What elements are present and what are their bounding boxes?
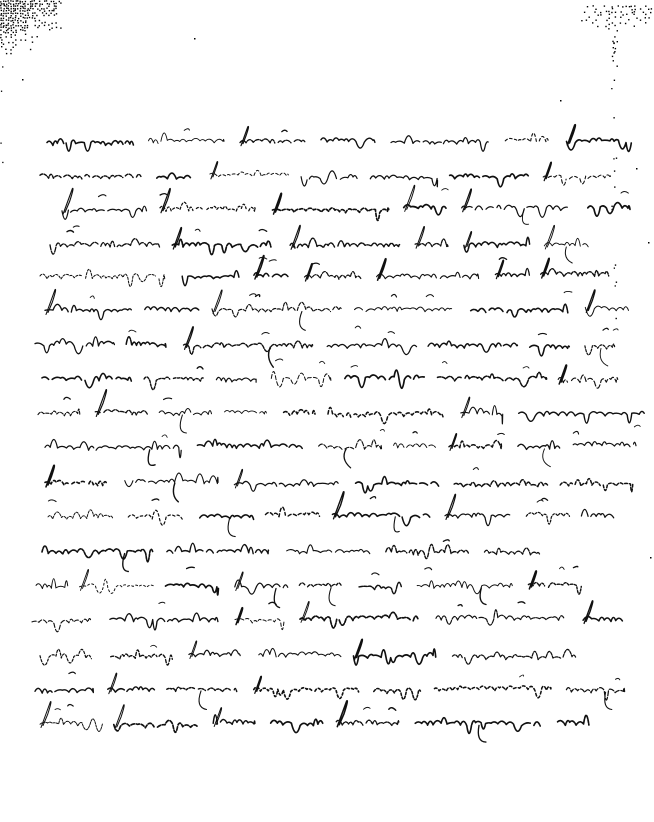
word-stroke — [377, 272, 479, 279]
word-stroke — [45, 439, 181, 457]
descender-stroke — [543, 449, 551, 467]
noise-dot — [581, 20, 582, 21]
noise-dot — [18, 25, 19, 26]
noise-dot — [611, 12, 612, 13]
noise-dot — [8, 23, 9, 24]
diacritic-mark — [320, 361, 325, 363]
noise-dot — [24, 8, 25, 9]
diacritic-mark — [499, 258, 506, 260]
noise-dot — [8, 8, 9, 9]
word-stroke — [530, 345, 570, 356]
word-stroke — [526, 512, 569, 524]
noise-dot — [8, 5, 9, 6]
noise-dot — [12, 1, 13, 2]
noise-dot — [37, 36, 38, 37]
diacritic-mark — [250, 294, 257, 296]
noise-dot — [20, 8, 21, 9]
noise-dot — [11, 15, 12, 16]
handwriting-line — [45, 289, 629, 330]
noise-dot — [4, 3, 5, 4]
noise-dot — [44, 25, 45, 26]
word-stroke — [145, 307, 199, 312]
word-stroke — [235, 618, 284, 629]
noise-dot — [634, 26, 635, 27]
noise-dot — [35, 3, 36, 4]
scan-noise-stray-dots — [22, 38, 652, 559]
noise-dot — [22, 27, 23, 28]
noise-dot — [612, 56, 613, 57]
noise-dot — [634, 11, 635, 12]
noise-dot — [15, 8, 16, 9]
noise-dot — [614, 186, 615, 187]
noise-dot — [36, 15, 37, 16]
noise-dot — [24, 17, 25, 18]
noise-dot — [39, 5, 40, 6]
diacritic-mark — [388, 332, 394, 334]
noise-dot — [13, 32, 14, 33]
word-stroke — [273, 208, 389, 221]
noise-dot — [17, 13, 18, 14]
noise-dot — [49, 10, 50, 11]
noise-dot — [608, 28, 609, 29]
noise-dot — [24, 27, 25, 28]
noise-dot — [612, 41, 613, 42]
scan-noise-top-right-cluster — [581, 5, 652, 61]
noise-dot — [56, 27, 57, 28]
noise-dot — [18, 18, 19, 19]
noise-dot — [12, 42, 13, 43]
noise-dot — [15, 34, 16, 35]
noise-dot — [37, 8, 38, 9]
noise-dot — [24, 5, 25, 6]
noise-dot — [10, 20, 11, 21]
noise-dot — [616, 158, 617, 159]
noise-dot — [0, 5, 1, 6]
scanned-letter-page — [0, 0, 654, 822]
noise-dot — [605, 26, 606, 27]
noise-dot — [48, 24, 49, 25]
noise-dot — [612, 8, 613, 9]
noise-dot — [648, 242, 650, 244]
noise-dot — [46, 8, 47, 9]
noise-dot — [53, 10, 54, 11]
noise-dot — [1, 3, 2, 4]
noise-dot — [634, 5, 635, 6]
noise-dot — [618, 5, 619, 6]
scan-noise-right-dotted-tail — [611, 66, 618, 320]
noise-dot — [8, 10, 9, 11]
diacritic-mark — [443, 540, 449, 542]
noise-dot — [42, 4, 43, 5]
word-stroke — [558, 375, 618, 388]
noise-dot — [17, 0, 18, 1]
noise-dot — [15, 30, 16, 31]
word-stroke — [254, 687, 359, 699]
word-stroke — [167, 687, 237, 692]
noise-dot — [30, 3, 31, 4]
noise-dot — [10, 25, 11, 26]
diacritic-mark — [195, 229, 200, 231]
ascender-stroke — [405, 185, 415, 211]
ascender-stroke — [236, 608, 243, 625]
noise-dot — [13, 22, 14, 23]
noise-dot — [617, 41, 618, 42]
word-stroke — [391, 136, 488, 151]
word-stroke — [359, 582, 401, 593]
noise-dot — [614, 51, 615, 52]
noise-dot — [614, 80, 615, 81]
noise-dot — [27, 4, 28, 5]
diacritic-mark — [537, 500, 543, 502]
descender-stroke — [199, 691, 206, 710]
descender-stroke — [180, 415, 186, 433]
noise-dot — [609, 24, 610, 25]
noise-dot — [20, 39, 21, 40]
word-stroke — [485, 548, 540, 555]
word-stroke — [333, 513, 430, 526]
noise-dot — [3, 31, 4, 32]
word-stroke — [166, 583, 219, 595]
word-stroke — [210, 170, 288, 177]
word-stroke — [581, 509, 613, 517]
diacritic-mark — [73, 226, 79, 227]
noise-dot — [12, 20, 13, 21]
diacritic-mark — [164, 398, 172, 399]
noise-dot — [32, 15, 33, 16]
descender-stroke — [344, 449, 351, 468]
word-stroke — [305, 272, 362, 280]
noise-dot — [612, 22, 613, 23]
word-stroke — [42, 546, 153, 562]
descender-stroke — [274, 589, 279, 608]
word-stroke — [585, 344, 615, 355]
noise-dot — [18, 3, 19, 4]
diacritic-mark — [380, 429, 384, 431]
word-stroke — [159, 408, 211, 415]
noise-dot — [44, 22, 45, 23]
noise-dot — [56, 13, 57, 14]
descender-stroke — [329, 588, 335, 606]
noise-dot — [59, 1, 60, 2]
noise-dot — [51, 23, 52, 24]
noise-dot — [15, 3, 16, 4]
noise-dot — [28, 15, 29, 16]
noise-dot — [39, 25, 40, 26]
diacritic-mark — [276, 359, 283, 361]
handwriting-line — [35, 326, 618, 367]
noise-dot — [48, 15, 49, 16]
noise-dot — [29, 10, 30, 11]
word-stroke — [356, 477, 439, 493]
word-stroke — [172, 239, 271, 254]
diacritic-mark — [370, 497, 375, 499]
noise-dot — [46, 0, 47, 1]
noise-dot — [609, 14, 610, 15]
word-stroke — [108, 687, 155, 692]
descender-stroke — [522, 210, 528, 225]
word-stroke — [464, 237, 530, 252]
word-stroke — [212, 302, 342, 317]
diacritic-mark — [259, 230, 267, 232]
word-stroke — [583, 617, 622, 622]
diacritic-mark — [372, 573, 379, 575]
diacritic-mark — [613, 329, 618, 330]
word-stroke — [436, 610, 564, 625]
noise-dot — [635, 9, 636, 10]
noise-dot — [628, 19, 629, 20]
word-stroke — [374, 688, 421, 700]
noise-dot — [598, 15, 599, 16]
noise-dot — [0, 7, 1, 8]
diacritic-mark — [129, 330, 136, 332]
word-stroke — [287, 545, 370, 554]
diacritic-mark — [151, 645, 157, 647]
ascender-stroke — [545, 225, 554, 249]
noise-dot — [24, 25, 25, 26]
noise-dot — [55, 6, 56, 7]
noise-dot — [30, 8, 31, 9]
noise-dot — [611, 88, 612, 89]
noise-dot — [50, 13, 51, 14]
noise-dot — [25, 15, 26, 16]
noise-dot — [620, 17, 621, 18]
diacritic-mark — [159, 602, 165, 603]
noise-dot — [23, 17, 24, 18]
word-stroke — [40, 718, 103, 731]
noise-dot — [41, 8, 42, 9]
diacritic-mark — [262, 333, 269, 335]
noise-dot — [25, 40, 26, 41]
word-stroke — [518, 441, 560, 450]
noise-dot — [613, 158, 614, 159]
diacritic-mark — [312, 263, 319, 264]
noise-dot — [32, 5, 33, 6]
noise-dot — [11, 8, 12, 9]
noise-dot — [621, 11, 622, 12]
handwriting-line — [45, 465, 633, 501]
noise-dot — [614, 170, 615, 171]
handwriting-line — [62, 185, 630, 224]
word-stroke — [40, 649, 91, 665]
word-stroke — [428, 341, 517, 352]
word-stroke — [454, 480, 547, 488]
diacritic-mark — [616, 678, 620, 679]
noise-dot — [593, 5, 594, 6]
word-stroke — [40, 269, 165, 286]
noise-dot — [48, 6, 49, 7]
noise-dot — [1, 91, 2, 92]
word-stroke — [197, 439, 302, 448]
noise-dot — [27, 12, 28, 13]
noise-dot — [30, 49, 31, 50]
word-stroke — [35, 337, 114, 354]
noise-dot — [8, 0, 9, 1]
noise-dot — [615, 285, 616, 286]
noise-dot — [15, 13, 16, 14]
noise-dot — [1, 46, 2, 47]
noise-dot — [597, 26, 598, 27]
diacritic-mark — [603, 328, 608, 330]
noise-dot — [651, 8, 652, 9]
noise-dot — [604, 5, 605, 6]
noise-dot — [613, 60, 614, 61]
noise-dot — [20, 10, 21, 11]
diacritic-mark — [64, 397, 70, 399]
noise-dot — [8, 20, 9, 21]
noise-dot — [0, 1, 1, 2]
noise-dot — [648, 17, 649, 18]
word-stroke — [354, 649, 436, 665]
noise-dot — [616, 282, 617, 283]
word-stroke — [144, 377, 204, 390]
word-stroke — [328, 407, 443, 423]
handwriting-line — [40, 639, 576, 665]
word-stroke — [125, 473, 218, 487]
word-stroke — [319, 440, 382, 450]
noise-dot — [32, 13, 33, 14]
noise-dot — [1, 18, 2, 19]
noise-dot — [4, 8, 5, 9]
handwriting-line — [35, 672, 625, 709]
noise-dot — [0, 20, 1, 21]
handwriting-line — [47, 125, 631, 152]
word-stroke — [259, 648, 341, 657]
ascender-stroke — [241, 126, 249, 145]
diacritic-mark — [48, 500, 56, 502]
noise-dot — [23, 7, 24, 8]
noise-dot — [0, 30, 1, 31]
diacritic-mark — [391, 294, 396, 297]
word-stroke — [438, 372, 547, 386]
noise-dot — [3, 25, 4, 26]
noise-dot — [51, 1, 52, 2]
ascender-stroke — [235, 469, 242, 488]
noise-dot — [1, 10, 2, 11]
word-stroke — [417, 581, 512, 594]
noise-dot — [53, 8, 54, 9]
descender-stroke — [600, 348, 608, 366]
noise-dot — [13, 8, 14, 9]
noise-dot — [0, 143, 1, 144]
ascender-stroke — [496, 260, 503, 278]
noise-dot — [640, 20, 641, 21]
word-stroke — [301, 171, 357, 186]
noise-dot — [3, 10, 4, 11]
noise-dot — [1, 39, 2, 40]
noise-dot — [8, 42, 9, 43]
noise-dot — [11, 30, 12, 31]
diacritic-mark — [269, 260, 276, 261]
noise-dot — [616, 318, 617, 319]
noise-dot — [20, 29, 21, 30]
noise-dot — [28, 8, 29, 9]
ascender-stroke — [161, 189, 170, 213]
descender-stroke — [565, 247, 572, 263]
word-stroke — [449, 440, 501, 448]
ascender-stroke — [109, 673, 117, 694]
noise-dot — [0, 34, 1, 35]
noise-dot — [594, 11, 595, 12]
ascender-stroke — [41, 702, 51, 728]
diacritic-mark — [634, 425, 640, 427]
noise-dot — [2, 66, 3, 67]
word-stroke — [40, 174, 141, 179]
ascender-stroke — [450, 434, 457, 451]
noise-dot — [622, 14, 623, 15]
diacritic-mark — [442, 189, 449, 191]
noise-dot — [648, 9, 649, 10]
word-stroke — [95, 410, 147, 415]
noise-dot — [622, 6, 623, 7]
handwriting-line — [38, 390, 644, 433]
noise-dot — [22, 13, 23, 14]
noise-dot — [44, 11, 45, 12]
noise-dot — [16, 32, 17, 33]
noise-dot — [614, 25, 615, 26]
word-stroke — [588, 203, 630, 217]
noise-dot — [25, 22, 26, 23]
word-stroke — [290, 238, 400, 248]
noise-dot — [636, 168, 638, 170]
diacritic-mark — [538, 333, 546, 334]
noise-dot — [37, 27, 38, 28]
noise-dot — [643, 12, 644, 13]
handwriting-line — [40, 255, 609, 286]
noise-dot — [54, 14, 55, 15]
noise-dot — [2, 20, 3, 21]
noise-dot — [20, 2, 21, 3]
noise-dot — [49, 3, 50, 4]
diacritic-mark — [69, 672, 75, 673]
noise-dot — [17, 20, 18, 21]
noise-dot — [650, 557, 652, 559]
noise-dot — [0, 37, 1, 38]
noise-dot — [613, 42, 614, 43]
noise-dot — [15, 15, 16, 16]
noise-dot — [629, 6, 630, 7]
noise-dot — [22, 10, 23, 11]
noise-dot — [606, 20, 607, 21]
ascender-stroke — [46, 289, 56, 314]
word-stroke — [266, 507, 320, 517]
descender-stroke — [394, 517, 399, 532]
noise-dot — [645, 17, 646, 18]
word-stroke — [445, 513, 510, 525]
noise-dot — [24, 11, 25, 12]
diacritic-mark — [621, 192, 628, 194]
noise-dot — [16, 0, 17, 1]
noise-dot — [8, 32, 9, 33]
noise-dot — [6, 53, 7, 54]
noise-dot — [15, 25, 16, 26]
word-stroke — [585, 306, 628, 316]
ascender-stroke — [584, 601, 593, 624]
word-stroke — [394, 443, 436, 448]
noise-dot — [8, 2, 9, 3]
noise-dot — [13, 47, 14, 48]
noise-dot — [636, 18, 637, 19]
noise-dot — [27, 27, 28, 28]
word-stroke — [48, 510, 113, 519]
word-stroke — [35, 688, 93, 693]
descender-stroke — [173, 483, 178, 502]
handwriting-line — [42, 540, 540, 572]
diacritic-mark — [68, 704, 74, 706]
noise-dot — [17, 5, 18, 6]
noise-dot — [44, 0, 45, 1]
word-stroke — [435, 686, 552, 698]
noise-dot — [10, 3, 11, 4]
